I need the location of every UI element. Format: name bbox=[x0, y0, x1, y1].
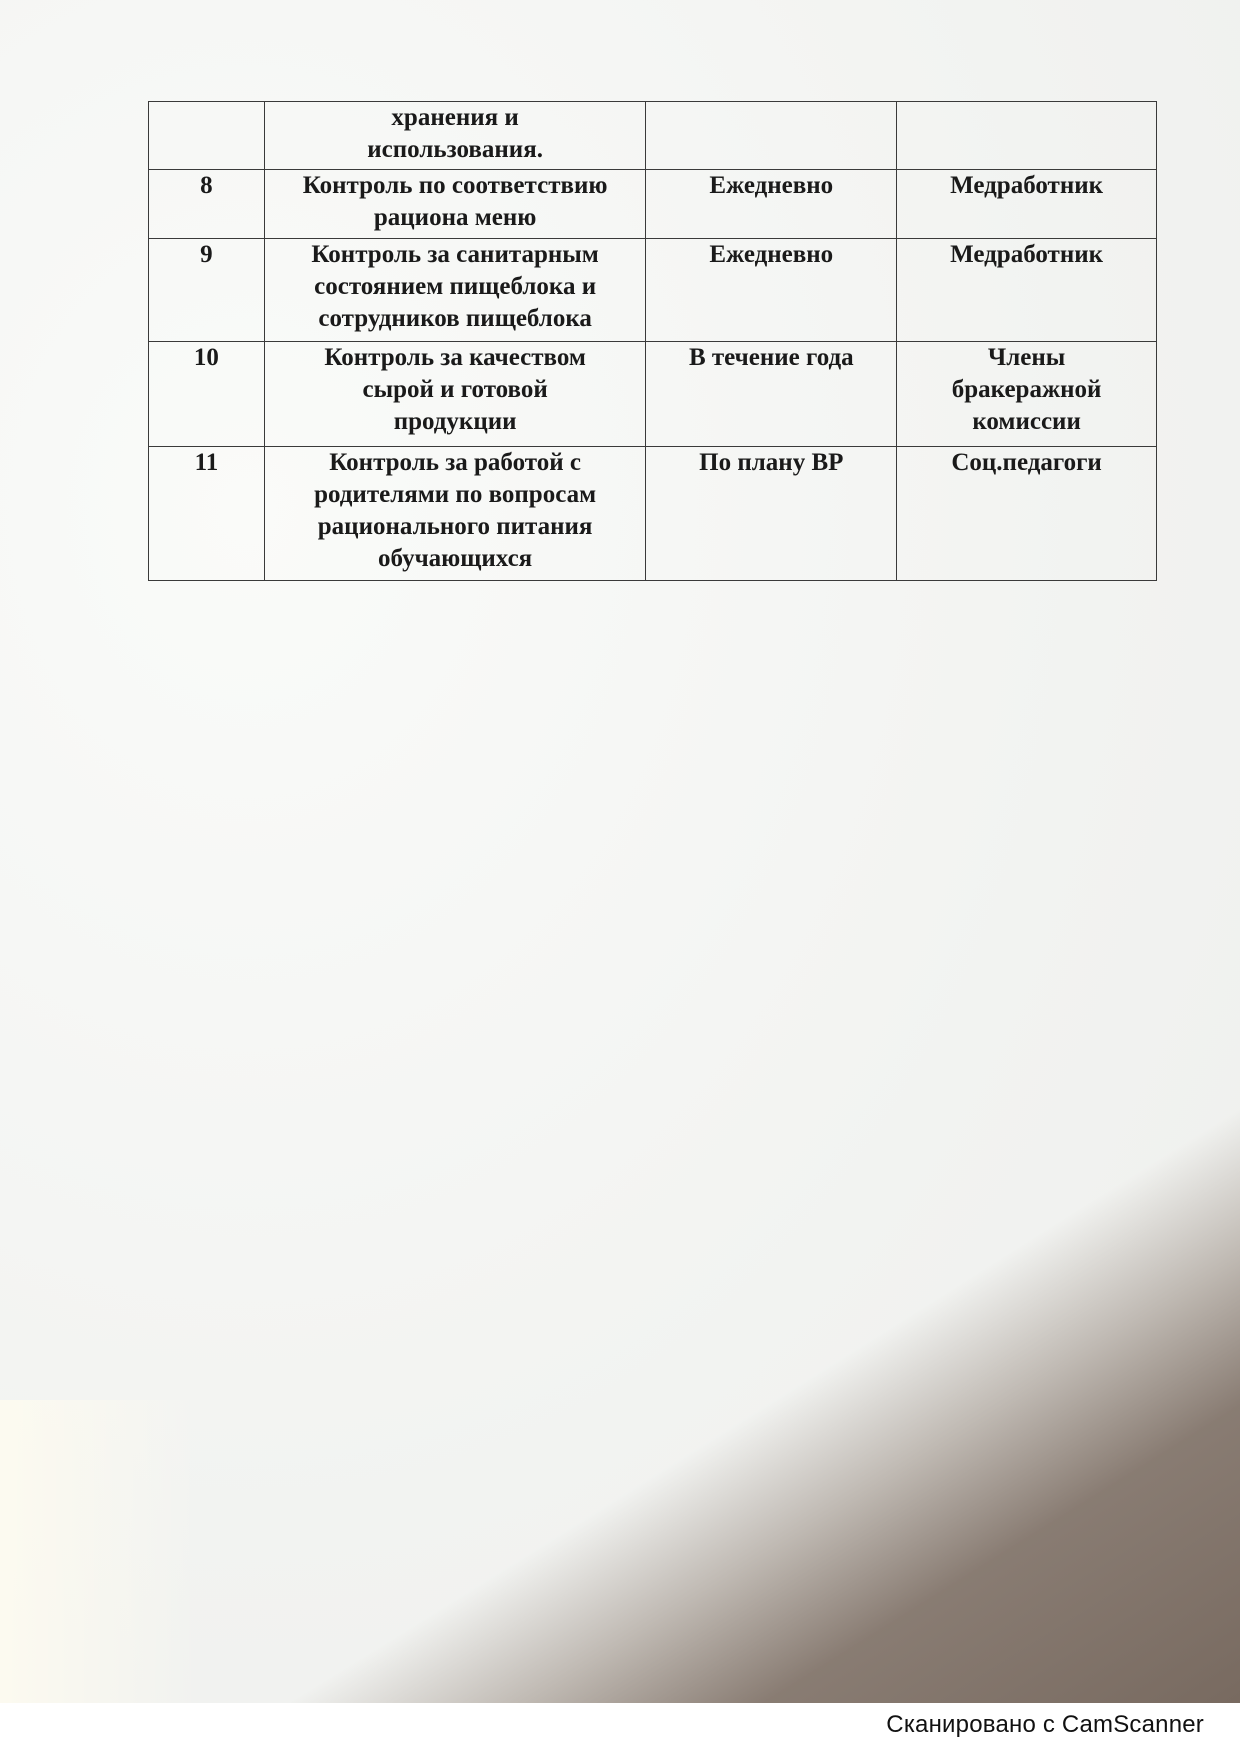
activity-line: рационального питания bbox=[271, 511, 640, 543]
responsible-line: комиссии bbox=[903, 406, 1150, 438]
responsible-cell: Члены бракеражной комиссии bbox=[897, 342, 1157, 447]
control-plan-table: хранения и использования. 8 Контроль по … bbox=[148, 101, 1157, 581]
responsible-cell: Медработник bbox=[897, 170, 1157, 239]
scanned-page: хранения и использования. 8 Контроль по … bbox=[0, 0, 1240, 1703]
activity-line: Контроль за работой с bbox=[271, 447, 640, 479]
camscanner-watermark: Сканировано с CamScanner bbox=[886, 1711, 1204, 1739]
responsible-line: Члены bbox=[903, 342, 1150, 374]
table-row: 9 Контроль за санитарным состоянием пище… bbox=[149, 239, 1157, 342]
activity-line: продукции bbox=[271, 406, 640, 438]
activity-cell: Контроль за работой с родителями по вопр… bbox=[264, 447, 646, 581]
table-row: хранения и использования. bbox=[149, 102, 1157, 170]
activity-line: сотрудников пищеблока bbox=[271, 303, 640, 335]
period-cell bbox=[646, 102, 897, 170]
activity-line: сырой и готовой bbox=[271, 374, 640, 406]
responsible-line: бракеражной bbox=[903, 374, 1150, 406]
responsible-cell: Медработник bbox=[897, 239, 1157, 342]
activity-line: рациона меню bbox=[271, 202, 640, 234]
responsible-cell: Соц.педагоги bbox=[897, 447, 1157, 581]
responsible-cell bbox=[897, 102, 1157, 170]
period-cell: Ежедневно bbox=[646, 170, 897, 239]
activity-cell: Контроль за санитарным состоянием пищебл… bbox=[264, 239, 646, 342]
activity-line: Контроль по соответствию bbox=[271, 170, 640, 202]
activity-cell: Контроль за качеством сырой и готовой пр… bbox=[264, 342, 646, 447]
row-number bbox=[149, 102, 265, 170]
activity-line: обучающихся bbox=[271, 543, 640, 575]
period-cell: Ежедневно bbox=[646, 239, 897, 342]
row-number: 9 bbox=[149, 239, 265, 342]
row-number: 10 bbox=[149, 342, 265, 447]
table-row: 8 Контроль по соответствию рациона меню … bbox=[149, 170, 1157, 239]
row-number: 11 bbox=[149, 447, 265, 581]
scanner-watermark-bar: Сканировано с CamScanner bbox=[0, 1703, 1240, 1755]
table-row: 11 Контроль за работой с родителями по в… bbox=[149, 447, 1157, 581]
activity-line: Контроль за качеством bbox=[271, 342, 640, 374]
activity-line: состоянием пищеблока и bbox=[271, 271, 640, 303]
period-cell: В течение года bbox=[646, 342, 897, 447]
row-number: 8 bbox=[149, 170, 265, 239]
activity-line: Контроль за санитарным bbox=[271, 239, 640, 271]
activity-line: хранения и bbox=[271, 102, 640, 134]
period-cell: По плану ВР bbox=[646, 447, 897, 581]
activity-line: использования. bbox=[271, 134, 640, 166]
table-row: 10 Контроль за качеством сырой и готовой… bbox=[149, 342, 1157, 447]
activity-cell: хранения и использования. bbox=[264, 102, 646, 170]
activity-cell: Контроль по соответствию рациона меню bbox=[264, 170, 646, 239]
activity-line: родителями по вопросам bbox=[271, 479, 640, 511]
